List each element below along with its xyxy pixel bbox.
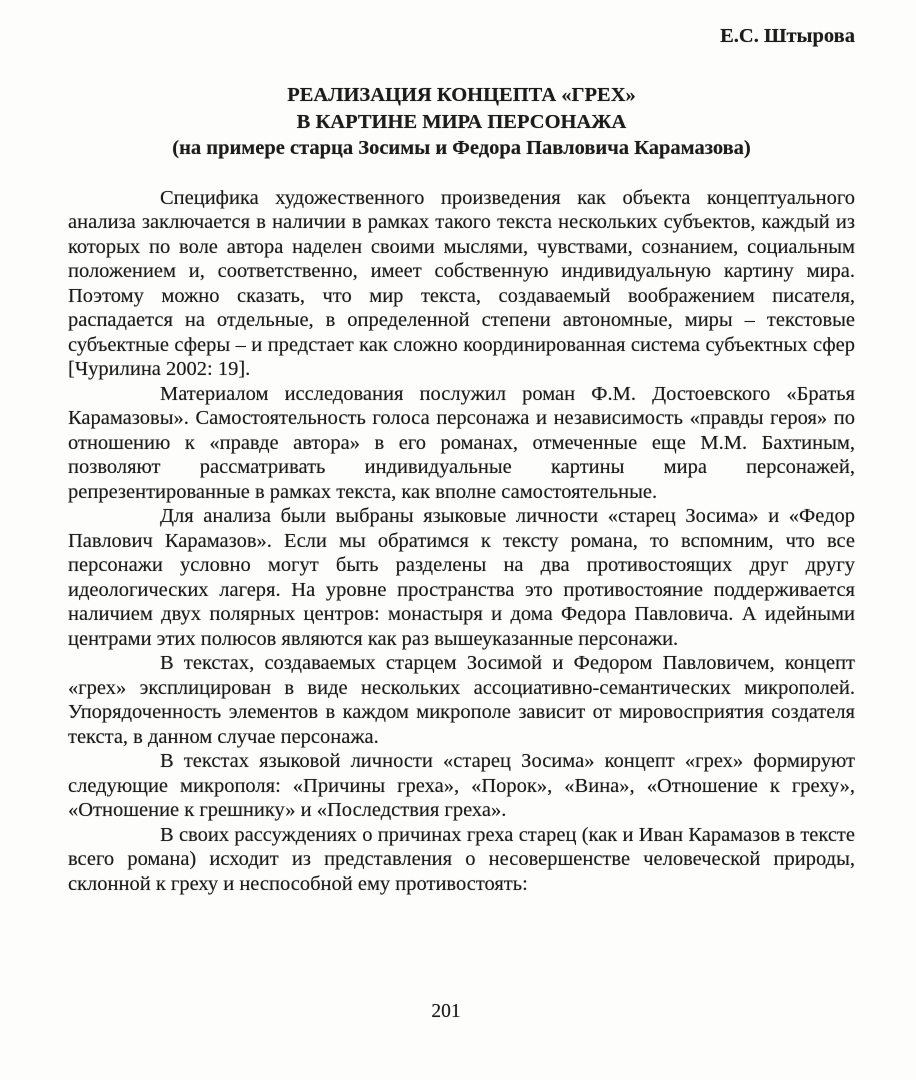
body-paragraph: В текстах, создаваемых старцем Зосимой и… [68,651,855,749]
author-name: Е.С. Штырова [68,24,855,48]
title-line-1: РЕАЛИЗАЦИЯ КОНЦЕПТА «ГРЕХ» [68,82,855,109]
document-page: Е.С. Штырова РЕАЛИЗАЦИЯ КОНЦЕПТА «ГРЕХ» … [0,0,916,1080]
title-line-2: В КАРТИНЕ МИРА ПЕРСОНАЖА [68,109,855,136]
body-paragraph: В текстах языковой личности «старец Зоси… [68,749,855,823]
body-paragraph: Для анализа были выбраны языковые личнос… [68,504,855,651]
body-paragraph: В своих рассуждениях о причинах греха ст… [68,823,855,897]
body-paragraph: Специфика художественного произведения к… [68,186,855,382]
body-paragraph: Материалом исследования послужил роман Ф… [68,382,855,505]
article-title: РЕАЛИЗАЦИЯ КОНЦЕПТА «ГРЕХ» В КАРТИНЕ МИР… [68,82,855,162]
title-line-3: (на примере старца Зосимы и Федора Павло… [68,135,855,162]
page-number: 201 [0,1001,892,1023]
article-body: Специфика художественного произведения к… [68,186,855,897]
